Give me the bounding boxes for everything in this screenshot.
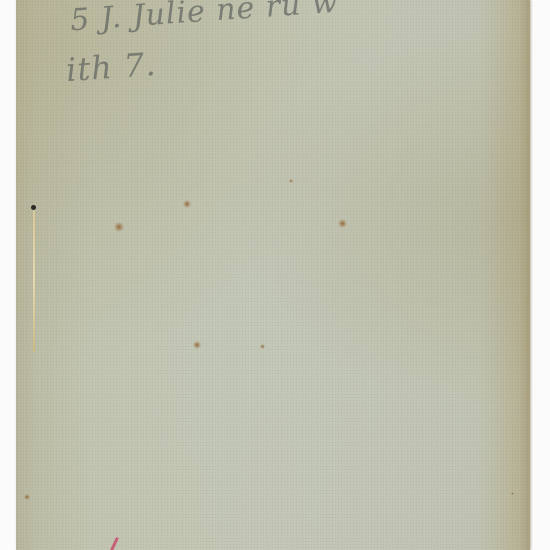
red-ink-mark: [110, 537, 119, 550]
foxing-spot: [183, 200, 191, 208]
foxing-spot: [289, 179, 293, 183]
foxing-spot: [114, 222, 124, 232]
handwritten-inscription-line-2: ith 7.: [65, 45, 158, 89]
binding-thread: [33, 210, 35, 352]
foxing-spot: [338, 219, 347, 228]
foxing-spot: [24, 494, 30, 500]
foxing-spot: [511, 492, 514, 495]
booklet-cover: 5 J. Julie ne ru w ith 7.: [16, 0, 530, 550]
foxing-spot: [260, 344, 265, 349]
foxing-spot: [193, 341, 201, 349]
handwritten-inscription-line-1: 5 J. Julie ne ru w: [69, 0, 340, 38]
